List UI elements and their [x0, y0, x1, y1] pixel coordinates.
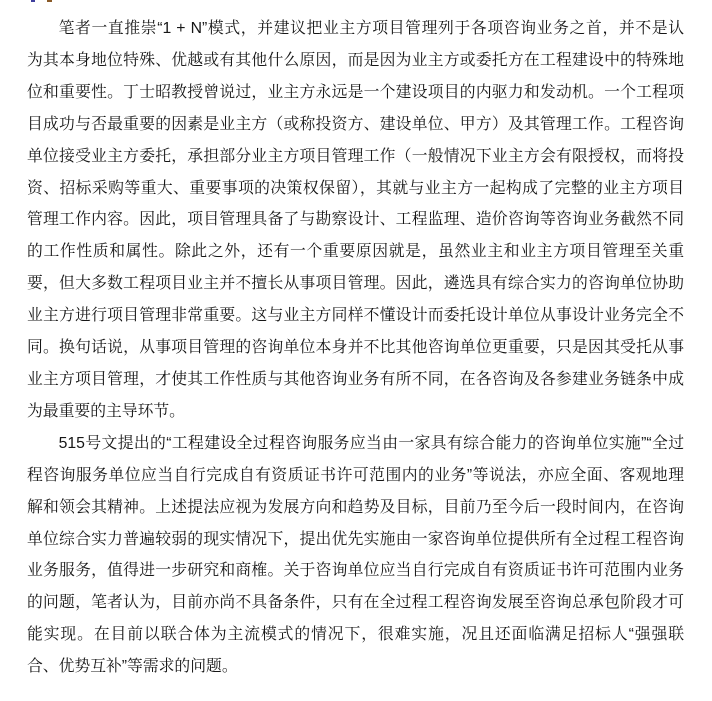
text-line: 单位接受业主方委托，承担部分业主方项目管理工作（一般情况下业主方会有限授权，而将…: [27, 141, 684, 173]
text-line: 同。换句话说，从事项目管理的咨询单位本身并不比其他咨询单位更重要，只是因其受托从…: [27, 332, 684, 364]
text-line: 业主方项目管理，才使其工作性质与其他咨询业务有所不同，在各咨询及各参建业务链条中…: [27, 364, 684, 396]
document-content: 笔者一直推崇“1 + N”模式，并建议把业主方项目管理列于各项咨询业务之首，并不…: [27, 13, 684, 683]
document-page: 笔者一直推崇“1 + N”模式，并建议把业主方项目管理列于各项咨询业务之首，并不…: [0, 0, 712, 701]
text-line: 的问题，笔者认为，目前亦尚不具备条件，只有在全过程工程咨询发展至咨询总承包阶段才…: [27, 587, 684, 619]
text-line: 解和领会其精神。上述提法应视为发展方向和趋势及目标，目前乃至今后一段时间内，在咨…: [27, 492, 684, 524]
text-line: 能实现。在目前以联合体为主流模式的情况下，很难实施，况且还面临满足招标人“强强联: [27, 619, 684, 651]
text-line: 资、招标采购等重大、重要事项的决策权保留），其就与业主方一起构成了完整的业主方项…: [27, 173, 684, 205]
text-line: 业务服务，值得进一步研究和商榷。关于咨询单位应当自行完成自有资质证书许可范围内业…: [27, 555, 684, 587]
text-line: 为最重要的主导环节。: [27, 396, 684, 428]
paragraph-2: 515号文提出的“工程建设全过程咨询服务应当由一家具有综合能力的咨询单位实施”“…: [27, 428, 684, 683]
text-line: 位和重要性。丁士昭教授曾说过，业主方永远是一个建设项目的内驱力和发动机。一个工程…: [27, 77, 684, 109]
text-line: 的工作性质和属性。除此之外，还有一个重要原因就是，虽然业主和业主方项目管理至关重: [27, 236, 684, 268]
paragraph-1: 笔者一直推崇“1 + N”模式，并建议把业主方项目管理列于各项咨询业务之首，并不…: [27, 13, 684, 428]
text-line: 业主方进行项目管理非常重要。这与业主方同样不懂设计而委托设计单位从事设计业务完全…: [27, 300, 684, 332]
text-line: 要，但大多数工程项目业主并不擅长从事项目管理。因此，遴选具有综合实力的咨询单位协…: [27, 268, 684, 300]
text-line: 程咨询服务单位应当自行完成自有资质证书许可范围内的业务”等说法，亦应全面、客观地…: [27, 460, 684, 492]
text-line: 管理工作内容。因此，项目管理具备了与勘察设计、工程监理、造价咨询等咨询业务截然不…: [27, 204, 684, 236]
text-line: 目成功与否最重要的因素是业主方（或称投资方、建设单位、甲方）及其管理工作。工程咨…: [27, 109, 684, 141]
text-line: 515号文提出的“工程建设全过程咨询服务应当由一家具有综合能力的咨询单位实施”“…: [27, 428, 684, 460]
text-line: 笔者一直推崇“1 + N”模式，并建议把业主方项目管理列于各项咨询业务之首，并不…: [27, 13, 684, 45]
text-line: 为其本身地位特殊、优越或有其他什么原因，而是因为业主方或委托方在工程建设中的特殊…: [27, 45, 684, 77]
cropped-text-fragment: [0, 0, 712, 4]
text-line: 单位综合实力普遍较弱的现实情况下，提出优先实施由一家咨询单位提供所有全过程工程咨…: [27, 524, 684, 556]
cropped-glyph-tip: [31, 0, 35, 2]
cropped-glyph-tip: [47, 0, 52, 2]
text-line: 合、优势互补”等需求的问题。: [27, 651, 684, 683]
